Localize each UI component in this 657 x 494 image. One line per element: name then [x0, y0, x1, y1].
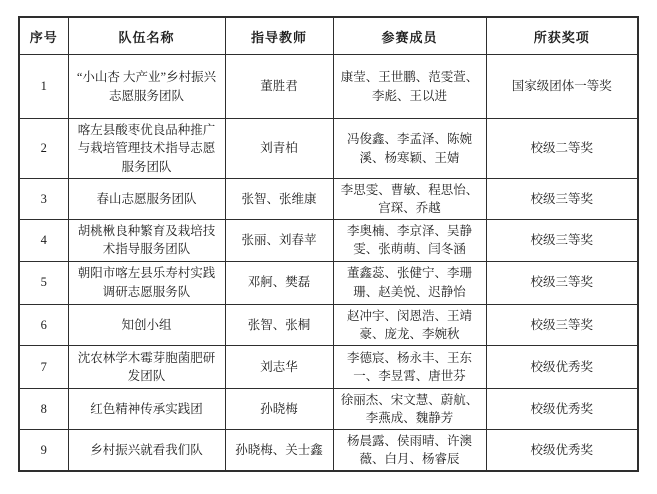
- table-row: 2 喀左县酸枣优良品种推广与栽培管理技术指导志愿服务团队 刘青柏 冯俊鑫、李孟泽…: [19, 119, 638, 179]
- cell-members: 冯俊鑫、李孟泽、陈婉溪、杨寒颖、王婧: [333, 119, 486, 179]
- table-row: 8 红色精神传承实践团 孙晓梅 徐丽杰、宋文慧、蔚航、李燕成、魏静芳 校级优秀奖: [19, 388, 638, 429]
- cell-team-name: 春山志愿服务团队: [68, 179, 225, 220]
- cell-advisor: 刘志华: [225, 345, 333, 388]
- cell-serial-number: 2: [19, 119, 68, 179]
- cell-team-name: 沈农林学木霉芽胞菌肥研发团队: [68, 345, 225, 388]
- cell-serial-number: 7: [19, 345, 68, 388]
- table-row: 1 “小山杏 大产业”乡村振兴志愿服务团队 董胜君 康莹、王世鹏、范雯萱、李彪、…: [19, 55, 638, 119]
- cell-members: 李奥楠、李京泽、吴静雯、张萌萌、闫冬涵: [333, 220, 486, 261]
- cell-members: 赵冲宇、闵恩浩、王靖豪、庞龙、李婉秋: [333, 304, 486, 345]
- cell-award: 校级优秀奖: [486, 430, 638, 472]
- cell-members: 李德宸、杨永丰、王东一、李昱霄、唐世芬: [333, 345, 486, 388]
- cell-members: 李思雯、曹敏、程思怡、宫琛、乔越: [333, 179, 486, 220]
- table-row: 5 朝阳市喀左县乐寿村实践调研志愿服务队 邓舸、樊磊 董鑫蕊、张健宁、李珊珊、赵…: [19, 261, 638, 304]
- cell-advisor: 张丽、刘春苹: [225, 220, 333, 261]
- cell-serial-number: 4: [19, 220, 68, 261]
- table-row: 7 沈农林学木霉芽胞菌肥研发团队 刘志华 李德宸、杨永丰、王东一、李昱霄、唐世芬…: [19, 345, 638, 388]
- header-serial-number: 序号: [19, 17, 68, 55]
- cell-award: 国家级团体一等奖: [486, 55, 638, 119]
- header-members: 参赛成员: [333, 17, 486, 55]
- table-row: 3 春山志愿服务团队 张智、张维康 李思雯、曹敏、程思怡、宫琛、乔越 校级三等奖: [19, 179, 638, 220]
- header-row: 序号 队伍名称 指导教师 参赛成员 所获奖项: [19, 17, 638, 55]
- cell-advisor: 董胜君: [225, 55, 333, 119]
- cell-serial-number: 6: [19, 304, 68, 345]
- cell-advisor: 张智、张桐: [225, 304, 333, 345]
- cell-award: 校级三等奖: [486, 220, 638, 261]
- cell-team-name: “小山杏 大产业”乡村振兴志愿服务团队: [68, 55, 225, 119]
- cell-members: 杨晨露、侯雨晴、许澳薇、白月、杨睿辰: [333, 430, 486, 472]
- cell-team-name: 乡村振兴就看我们队: [68, 430, 225, 472]
- cell-award: 校级优秀奖: [486, 345, 638, 388]
- cell-members: 徐丽杰、宋文慧、蔚航、李燕成、魏静芳: [333, 388, 486, 429]
- cell-team-name: 朝阳市喀左县乐寿村实践调研志愿服务队: [68, 261, 225, 304]
- cell-award: 校级三等奖: [486, 261, 638, 304]
- cell-serial-number: 9: [19, 430, 68, 472]
- cell-award: 校级三等奖: [486, 179, 638, 220]
- cell-advisor: 孙晓梅: [225, 388, 333, 429]
- cell-advisor: 邓舸、樊磊: [225, 261, 333, 304]
- table-row: 6 知创小组 张智、张桐 赵冲宇、闵恩浩、王靖豪、庞龙、李婉秋 校级三等奖: [19, 304, 638, 345]
- cell-members: 康莹、王世鹏、范雯萱、李彪、王以进: [333, 55, 486, 119]
- cell-team-name: 知创小组: [68, 304, 225, 345]
- cell-advisor: 孙晓梅、关士鑫: [225, 430, 333, 472]
- cell-award: 校级二等奖: [486, 119, 638, 179]
- header-advisor: 指导教师: [225, 17, 333, 55]
- table-row: 4 胡桃楸良种繁育及栽培技术指导服务团队 张丽、刘春苹 李奥楠、李京泽、吴静雯、…: [19, 220, 638, 261]
- cell-award: 校级三等奖: [486, 304, 638, 345]
- cell-team-name: 喀左县酸枣优良品种推广与栽培管理技术指导志愿服务团队: [68, 119, 225, 179]
- cell-advisor: 刘青柏: [225, 119, 333, 179]
- header-team-name: 队伍名称: [68, 17, 225, 55]
- cell-serial-number: 1: [19, 55, 68, 119]
- cell-team-name: 红色精神传承实践团: [68, 388, 225, 429]
- cell-serial-number: 3: [19, 179, 68, 220]
- award-results-table: 序号 队伍名称 指导教师 参赛成员 所获奖项 1 “小山杏 大产业”乡村振兴志愿…: [18, 16, 639, 472]
- cell-advisor: 张智、张维康: [225, 179, 333, 220]
- cell-team-name: 胡桃楸良种繁育及栽培技术指导服务团队: [68, 220, 225, 261]
- cell-award: 校级优秀奖: [486, 388, 638, 429]
- cell-members: 董鑫蕊、张健宁、李珊珊、赵美悦、迟静怡: [333, 261, 486, 304]
- cell-serial-number: 5: [19, 261, 68, 304]
- header-award: 所获奖项: [486, 17, 638, 55]
- table-row: 9 乡村振兴就看我们队 孙晓梅、关士鑫 杨晨露、侯雨晴、许澳薇、白月、杨睿辰 校…: [19, 430, 638, 472]
- cell-serial-number: 8: [19, 388, 68, 429]
